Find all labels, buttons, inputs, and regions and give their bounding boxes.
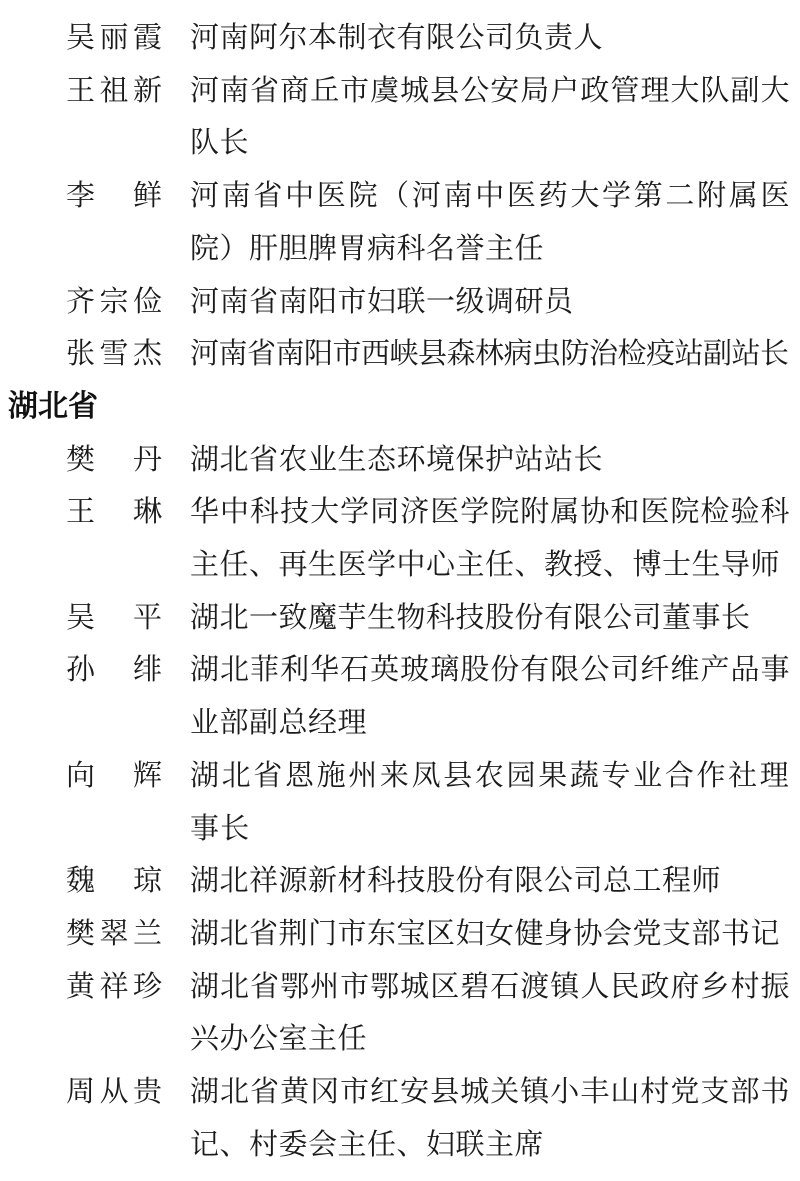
honoree-title: 湖北省鄂州市鄂城区碧石渡镇人民政府乡村振兴办公室主任 (190, 961, 790, 1066)
honoree-name: 王祖新 (66, 65, 162, 118)
honoree-row: 樊丹 湖北省农业生态环境保护站站长 (0, 434, 800, 487)
honoree-row: 王琳 华中科技大学同济医学院附属协和医院检验科主任、再生医学中心主任、教授、博士… (0, 486, 800, 591)
honoree-name: 黄祥珍 (66, 961, 162, 1014)
honoree-name: 吴丽霞 (66, 12, 162, 65)
honoree-title: 河南省商丘市虞城县公安局户政管理大队副大队长 (190, 65, 790, 170)
honoree-row: 向辉 湖北省恩施州来凤县农园果蔬专业合作社理事长 (0, 750, 800, 855)
honoree-row: 张雪杰 河南省南阳市西峡县森林病虫防治检疫站副站长 (0, 328, 800, 381)
honoree-name: 李鲜 (66, 170, 162, 223)
honoree-name: 孙绯 (66, 644, 162, 697)
honoree-title: 湖北省恩施州来凤县农园果蔬专业合作社理事长 (190, 750, 790, 855)
honoree-title: 湖北省荆门市东宝区妇女健身协会党支部书记 (190, 908, 790, 961)
honoree-name: 樊翠兰 (66, 908, 162, 961)
honoree-row: 齐宗俭 河南省南阳市妇联一级调研员 (0, 276, 800, 329)
honoree-row: 周从贵 湖北省黄冈市红安县城关镇小丰山村党支部书记、村委会主任、妇联主席 (0, 1066, 800, 1171)
honoree-name: 樊丹 (66, 434, 162, 487)
honoree-title: 湖北菲利华石英玻璃股份有限公司纤维产品事业部副总经理 (190, 644, 790, 749)
honoree-title: 河南省中医院（河南中医药大学第二附属医院）肝胆脾胃病科名誉主任 (190, 170, 790, 275)
document-page: 吴丽霞 河南阿尔本制衣有限公司负责人 王祖新 河南省商丘市虞城县公安局户政管理大… (0, 0, 800, 1171)
honoree-name: 魏琼 (66, 855, 162, 908)
section-header-hubei: 湖北省 (0, 381, 800, 434)
honoree-row: 王祖新 河南省商丘市虞城县公安局户政管理大队副大队长 (0, 65, 800, 170)
honoree-row: 魏琼 湖北祥源新材科技股份有限公司总工程师 (0, 855, 800, 908)
honoree-title: 河南阿尔本制衣有限公司负责人 (190, 12, 790, 65)
honoree-name: 吴平 (66, 592, 162, 645)
honoree-title: 湖北一致魔芋生物科技股份有限公司董事长 (190, 592, 790, 645)
honoree-row: 李鲜 河南省中医院（河南中医药大学第二附属医院）肝胆脾胃病科名誉主任 (0, 170, 800, 275)
honoree-name: 周从贵 (66, 1066, 162, 1119)
honoree-title: 湖北省农业生态环境保护站站长 (190, 434, 790, 487)
honoree-title: 湖北省黄冈市红安县城关镇小丰山村党支部书记、村委会主任、妇联主席 (190, 1066, 790, 1171)
honoree-name: 齐宗俭 (66, 276, 162, 329)
honoree-row: 黄祥珍 湖北省鄂州市鄂城区碧石渡镇人民政府乡村振兴办公室主任 (0, 961, 800, 1066)
honoree-row: 樊翠兰 湖北省荆门市东宝区妇女健身协会党支部书记 (0, 908, 800, 961)
honoree-title: 华中科技大学同济医学院附属协和医院检验科主任、再生医学中心主任、教授、博士生导师 (190, 486, 790, 591)
honoree-name: 张雪杰 (66, 328, 162, 381)
honoree-name: 向辉 (66, 750, 162, 803)
honoree-title: 河南省南阳市西峡县森林病虫防治检疫站副站长 (190, 328, 790, 381)
honoree-row: 吴平 湖北一致魔芋生物科技股份有限公司董事长 (0, 592, 800, 645)
honoree-row: 孙绯 湖北菲利华石英玻璃股份有限公司纤维产品事业部副总经理 (0, 644, 800, 749)
honoree-row: 吴丽霞 河南阿尔本制衣有限公司负责人 (0, 12, 800, 65)
honoree-title: 湖北祥源新材科技股份有限公司总工程师 (190, 855, 790, 908)
honoree-title: 河南省南阳市妇联一级调研员 (190, 276, 790, 329)
honoree-name: 王琳 (66, 486, 162, 539)
